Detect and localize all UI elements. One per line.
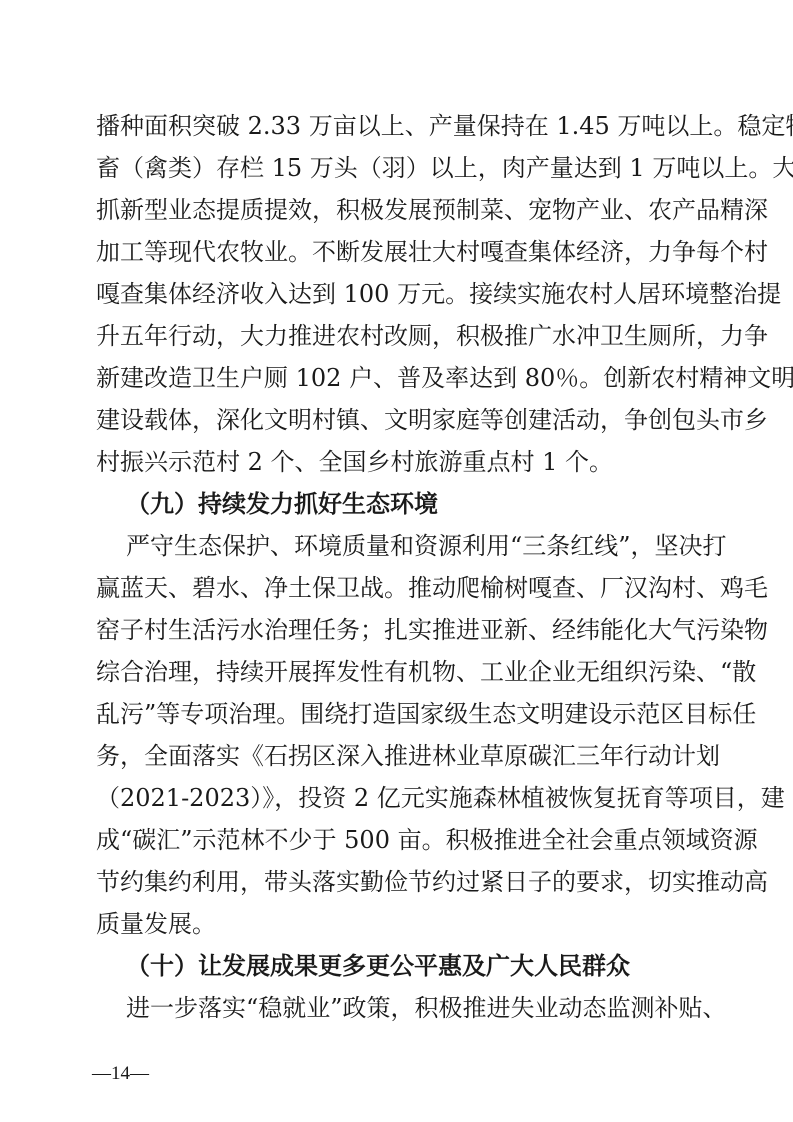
body-line: 加工等现代农牧业。不断发展壮大村嘎查集体经济，力争每个村	[96, 232, 700, 272]
body-line: 村振兴示范村 2 个、全国乡村旅游重点村 1 个。	[96, 442, 700, 482]
body-line: 务，全面落实《石拐区深入推进林业草原碳汇三年行动计划	[96, 736, 700, 776]
page-number: —14—	[92, 1062, 149, 1086]
body-line: 窑子村生活污水治理任务；扎实推进亚新、经纬能化大气污染物	[96, 610, 700, 650]
body-line: 嘎查集体经济收入达到 100 万元。接续实施农村人居环境整治提	[96, 274, 700, 314]
body-line: 乱污”等专项治理。围绕打造国家级生态文明建设示范区目标任	[96, 694, 700, 734]
body-line: 节约集约利用，带头落实勤俭节约过紧日子的要求，切实推动高	[96, 862, 700, 902]
body-line: 畜（禽类）存栏 15 万头（羽）以上，肉产量达到 1 万吨以上。大	[96, 148, 700, 188]
body-line: 质量发展。	[96, 904, 700, 944]
body-line: 赢蓝天、碧水、净土保卫战。推动爬榆树嘎查、厂汉沟村、鸡毛	[96, 568, 700, 608]
body-line: 综合治理，持续开展挥发性有机物、工业企业无组织污染、“散	[96, 652, 700, 692]
section-heading-10: （十）让发展成果更多更公平惠及广大人民群众	[126, 946, 630, 986]
body-line: 新建改造卫生户厕 102 户、普及率达到 80％。创新农村精神文明	[96, 358, 700, 398]
body-line: 播种面积突破 2.33 万亩以上、产量保持在 1.45 万吨以上。稳定牲	[96, 106, 700, 146]
body-line: 进一步落实“稳就业”政策，积极推进失业动态监测补贴、	[126, 988, 700, 1028]
body-line: 建设载体，深化文明村镇、文明家庭等创建活动，争创包头市乡	[96, 400, 700, 440]
document-page: 播种面积突破 2.33 万亩以上、产量保持在 1.45 万吨以上。稳定牲 畜（禽…	[0, 0, 793, 1122]
body-line: 严守生态保护、环境质量和资源利用“三条红线”，坚决打	[126, 526, 700, 566]
body-line: 升五年行动，大力推进农村改厕，积极推广水冲卫生厕所，力争	[96, 316, 700, 356]
body-line: 抓新型业态提质提效，积极发展预制菜、宠物产业、农产品精深	[96, 190, 700, 230]
body-line: （2021-2023）》，投资 2 亿元实施森林植被恢复抚育等项目，建	[96, 778, 700, 818]
body-line: 成“碳汇”示范林不少于 500 亩。积极推进全社会重点领域资源	[96, 820, 700, 860]
section-heading-9: （九）持续发力抓好生态环境	[126, 484, 438, 524]
